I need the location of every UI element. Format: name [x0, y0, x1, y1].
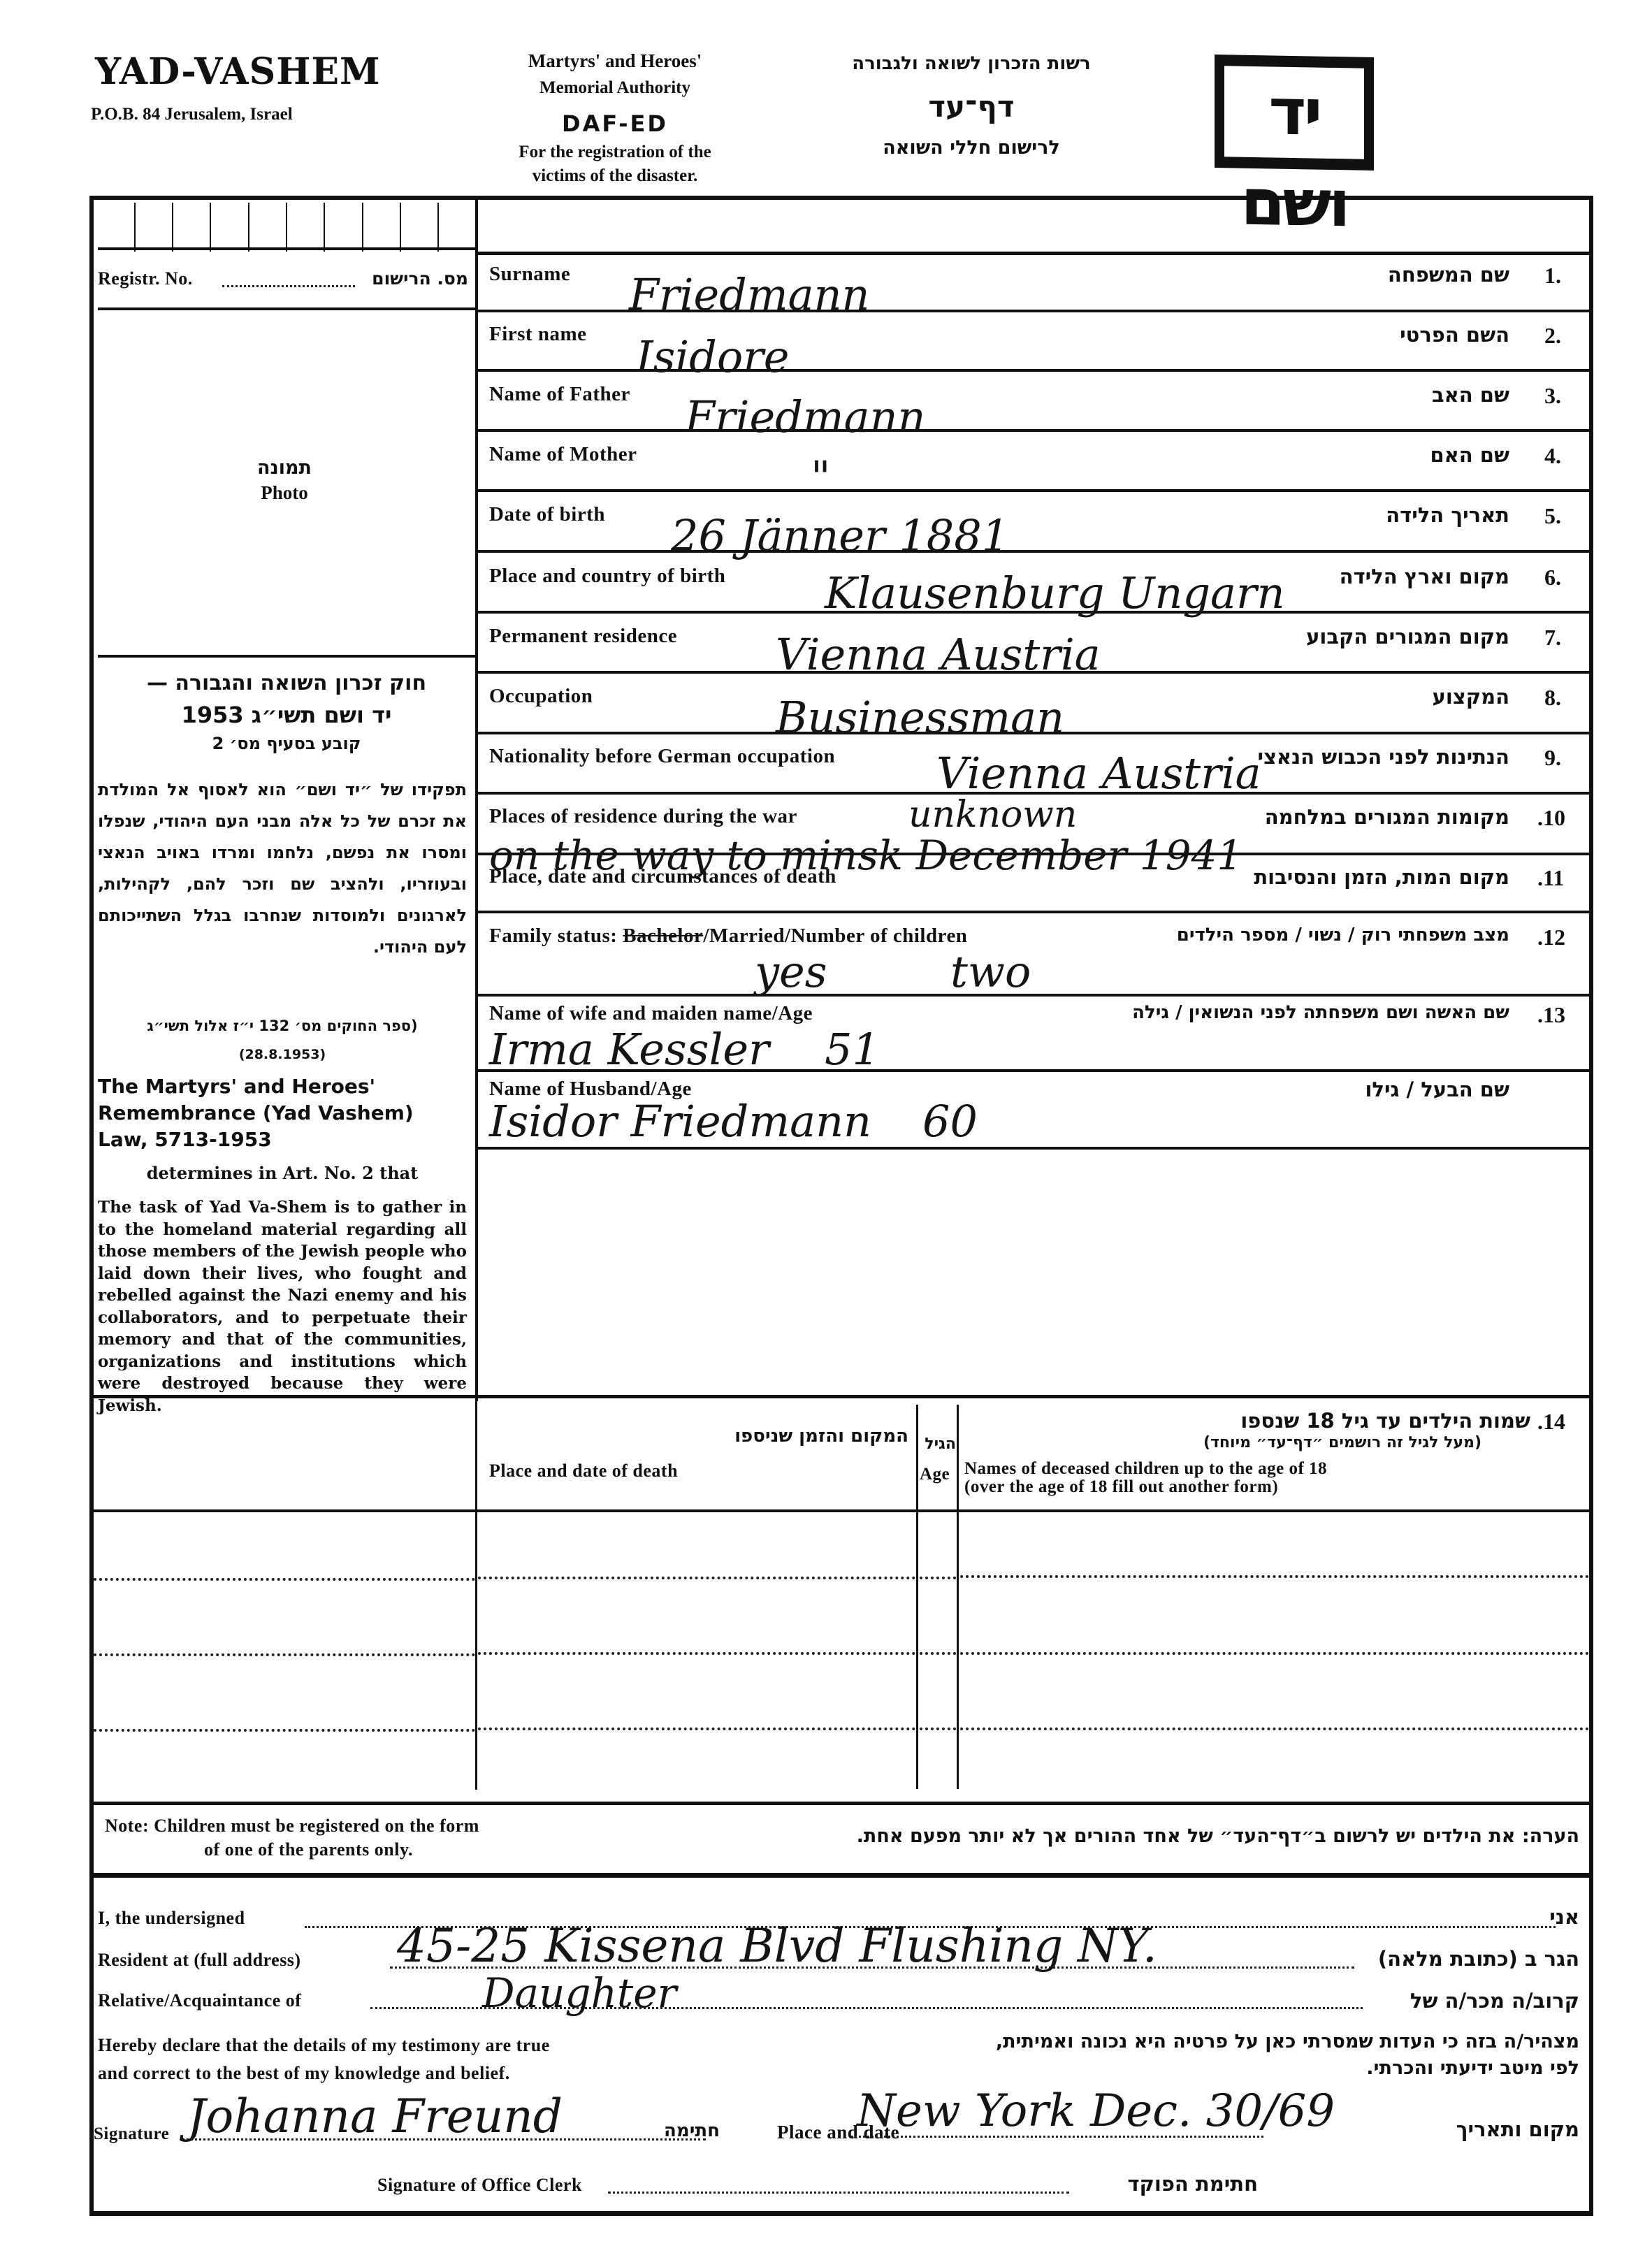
signature-label: Signature [94, 2124, 169, 2144]
law-heb-title-3: קובע בסעיף מס׳ 2 [105, 734, 468, 753]
resident-value[interactable]: 45-25 Kissena Blvd Flushing NY. [397, 1919, 1157, 1973]
photo-heb: תמונה [94, 457, 475, 479]
war-residence-label: Places of residence during the war [489, 805, 797, 828]
signature-value[interactable]: Johanna Freund [187, 2089, 563, 2143]
note-en-line-1: Note: Children must be registered on the… [105, 1816, 479, 1837]
photo-label: Photo [94, 482, 475, 504]
death-circumstances-heb: מקום המות, הזמן והנסיבות [1216, 865, 1509, 889]
law-en-title: The Martyrs' and Heroes' Remembrance (Ya… [98, 1073, 467, 1153]
heb-authority: רשות הזכרון לשואה ולגבורה [804, 53, 1139, 74]
nationality-label: Nationality before German occupation [489, 745, 835, 768]
mother-heb: שם האם [1258, 443, 1509, 467]
number-of-children-value[interactable]: two [950, 946, 1031, 997]
law-heb-title-2: יד ושם תשי״ג 1953 [105, 702, 468, 728]
family-status-heb: מצב משפחתי רוק / נשוי / מספר הילדים [1090, 925, 1509, 946]
field-number-1: 1. [1544, 263, 1561, 289]
family-status-prefix: Family status: [489, 925, 623, 947]
declare-heb-2: לפי מיטב ידיעתי והכרתי. [1188, 2057, 1579, 2079]
clerk-label: Signature of Office Clerk [377, 2175, 582, 2196]
heb-form-name: דף־עד [804, 89, 1139, 124]
surname-heb: שם המשפחה [1258, 263, 1509, 287]
field-number-4: 4. [1544, 443, 1561, 469]
surname-label: Surname [489, 263, 570, 286]
note-en-line-2: of one of the parents only. [204, 1839, 413, 1860]
declare-heb-1: מצהיר/ה בזה כי העדות שמסרתי כאן על פרטיה… [811, 2031, 1579, 2052]
field-number-13: .13 [1537, 1002, 1565, 1028]
logo-text: יד ושם [1224, 66, 1364, 159]
wife-label: Name of wife and maiden name/Age [489, 1002, 813, 1025]
org-name: YAD-VASHEM [95, 50, 381, 93]
family-status-bachelor-struck: Bachelor [623, 925, 703, 947]
father-heb: שם האב [1258, 383, 1509, 407]
registr-heb: מס. הרישום [349, 268, 468, 289]
relative-heb: קרוב/ה מכר/ה של [1370, 1989, 1579, 2013]
law-date: (28.8.1953) [98, 1047, 467, 1062]
nationality-heb: הנתינות לפני הכבוש הנאצי [1188, 745, 1509, 769]
children-field-number: .14 [1537, 1409, 1565, 1435]
relative-label: Relative/Acquaintance of [98, 1990, 301, 2011]
field-number-9: 9. [1544, 745, 1561, 771]
husband-heb: שם הבעל / גילו [1258, 1078, 1509, 1101]
declare-line-1: Hereby declare that the details of my te… [98, 2035, 550, 2056]
residence-value[interactable]: Vienna Austria [776, 629, 1101, 680]
field-number-8: 8. [1544, 685, 1561, 711]
clerk-heb: חתימת הפוקד [1076, 2172, 1258, 2196]
heb-purpose: לרישום חללי השואה [804, 137, 1139, 159]
wife-age-value[interactable]: 51 [825, 1024, 880, 1075]
mother-value[interactable]: " [811, 451, 831, 502]
place-death-heb: המקום והזמן שניספו [489, 1426, 908, 1447]
place-date-heb: מקום ותאריך [1391, 2117, 1579, 2141]
first-name-value[interactable]: Isidore [636, 331, 789, 382]
children-table-row[interactable] [478, 1732, 1589, 1788]
war-residence-value[interactable]: unknown [908, 794, 1077, 836]
residence-label: Permanent residence [489, 625, 677, 648]
note-heb: הערה: את הילדים יש לרשום ב״דף־העד״ של אח… [657, 1825, 1579, 1847]
field-number-5: 5. [1544, 503, 1561, 529]
field-number-6: 6. [1544, 565, 1561, 591]
wife-name-value[interactable]: Irma Kessler [489, 1024, 769, 1075]
org-address: P.O.B. 84 Jerusalem, Israel [91, 105, 293, 124]
occupation-heb: המקצוע [1258, 685, 1509, 709]
wife-heb: שם האשה ושם משפחתה לפני הנשואין / גילה [1062, 1002, 1509, 1023]
resident-label: Resident at (full address) [98, 1950, 301, 1971]
undersigned-label: I, the undersigned [98, 1908, 245, 1929]
occupation-value[interactable]: Businessman [776, 692, 1064, 743]
law-heb-title-1: חוק זכרון השואה והגבורה — [105, 671, 468, 695]
place-death-header: Place and date of death [489, 1461, 678, 1482]
field-number-3: 3. [1544, 383, 1561, 409]
undersigned-heb: אני [1509, 1905, 1579, 1929]
children-names-label: Names of deceased children up to the age… [964, 1459, 1327, 1479]
age-heb: הגיל [921, 1435, 956, 1453]
declare-line-2: and correct to the best of my knowledge … [98, 2063, 510, 2084]
registr-field[interactable] [222, 285, 355, 287]
law-heb-ref: (ספר החוקים מס׳ 132 י״ז אלול תשי״ג [98, 1017, 467, 1034]
war-residence-heb: מקומות המגורים במלחמה [1216, 805, 1509, 829]
first-name-heb: השם הפרטי [1258, 323, 1509, 347]
surname-value[interactable]: Friedmann [629, 269, 869, 320]
birthplace-value[interactable]: Klausenburg Ungarn [825, 567, 1285, 618]
place-date-value[interactable]: New York Dec. 30/69 [857, 2085, 1335, 2137]
father-value[interactable]: Friedmann [685, 391, 925, 442]
purpose-line-1: For the registration of the [440, 143, 790, 162]
husband-name-value[interactable]: Isidor Friedmann [489, 1096, 871, 1147]
law-en-body: The task of Yad Va-Shem is to gather in … [98, 1196, 467, 1417]
resident-heb: הגר ב (כתובת מלאה) [1356, 1947, 1579, 1971]
authority-line-1: Martyrs' and Heroes' [440, 50, 790, 72]
field-number-2: 2. [1544, 323, 1561, 349]
birthplace-label: Place and country of birth [489, 565, 725, 588]
birthplace-heb: מקום וארץ הלידה [1230, 565, 1509, 588]
law-en-determines: determines in Art. No. 2 that [98, 1163, 467, 1183]
signature-heb: חתימה [643, 2120, 720, 2141]
husband-age-value[interactable]: 60 [922, 1096, 978, 1147]
authority-line-2: Memorial Authority [440, 78, 790, 98]
clerk-signature-field[interactable] [608, 2192, 1069, 2194]
first-name-label: First name [489, 323, 587, 346]
age-column-header: Age [920, 1465, 950, 1484]
children-names-note: (over the age of 18 fill out another for… [964, 1477, 1278, 1497]
father-label: Name of Father [489, 383, 630, 406]
dob-heb: תאריך הלידה [1258, 503, 1509, 527]
children-table-row[interactable] [478, 1581, 1589, 1651]
dob-label: Date of birth [489, 503, 605, 526]
field-number-10: .10 [1537, 805, 1565, 831]
law-heb-body: תפקידו של ״יד ושם״ הוא לאסוף אל המולדת א… [98, 774, 467, 963]
residence-heb: מקום המגורים הקבוע [1202, 625, 1509, 649]
field-number-11: .11 [1537, 865, 1564, 891]
purpose-line-2: victims of the disaster. [440, 166, 790, 186]
children-heb-subtitle: (מעל לגיל זה רושמים ״דף־עד״ מיוחד) [1188, 1434, 1481, 1451]
yad-vashem-logo: יד ושם [1215, 55, 1374, 171]
death-circumstances-label: Place, date and circumstances of death [489, 865, 836, 888]
children-table-row[interactable] [478, 1656, 1589, 1726]
photo-box: תמונה Photo [94, 310, 475, 656]
children-table-row[interactable] [478, 1514, 1589, 1577]
relative-value[interactable]: Daughter [482, 1969, 676, 2017]
family-status-rest: /Married/Number of children [703, 925, 967, 947]
field-number-12: .12 [1537, 925, 1565, 950]
family-status-label: Family status: Bachelor/Married/Number o… [489, 925, 967, 948]
dob-value[interactable]: 26 Jänner 1881 [671, 510, 1009, 561]
registr-label: Registr. No. [98, 268, 193, 289]
form-name: DAF-ED [440, 110, 790, 137]
occupation-label: Occupation [489, 685, 593, 708]
mother-label: Name of Mother [489, 443, 637, 466]
field-number-7: 7. [1544, 625, 1561, 651]
children-heb-title: שמות הילדים עד גיל 18 שנספו [1188, 1409, 1530, 1433]
family-status-married-value[interactable]: yes [755, 946, 827, 997]
